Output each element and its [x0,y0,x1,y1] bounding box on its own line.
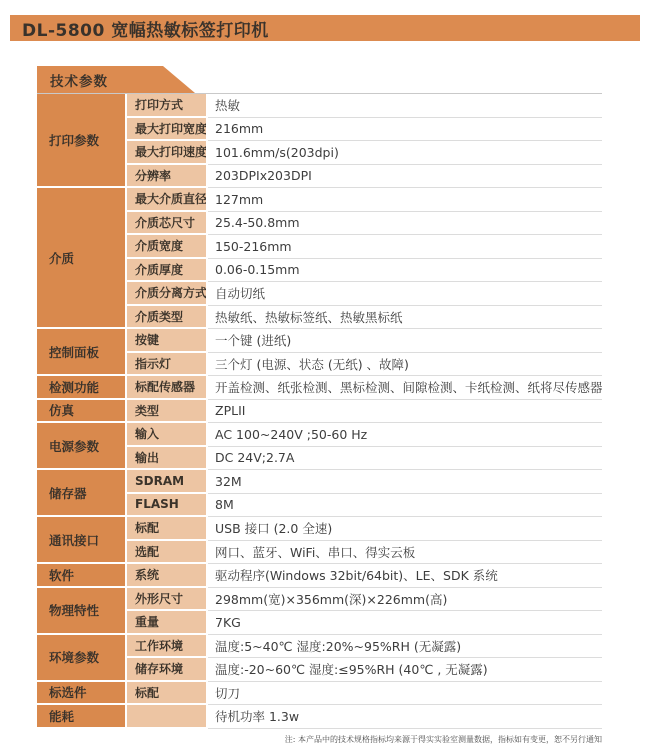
spec-param-cell: 介质分离方式 [127,282,206,306]
spec-param-cell: SDRAM [127,470,206,494]
spec-param-cell: 指示灯 [127,353,206,377]
spec-param-cell: FLASH [127,494,206,518]
spec-param-cell: 工作环境 [127,635,206,659]
spec-value-cell: 待机功率 1.3w [208,705,602,729]
spec-param-cell: 标配传感器 [127,376,206,400]
spec-category-cell: 环境参数 [37,635,125,682]
spec-value-cell: 7KG [208,611,602,635]
spec-param-cell: 介质厚度 [127,259,206,283]
spec-value-cell: AC 100~240V ;50-60 Hz [208,423,602,447]
spec-param-cell: 标配 [127,682,206,706]
spec-category-cell: 打印参数 [37,94,125,188]
spec-param-cell: 打印方式 [127,94,206,118]
spec-value-cell: 网口、蓝牙、WiFi、串口、得实云板 [208,541,602,565]
spec-param-cell: 标配 [127,517,206,541]
spec-param-cell: 介质类型 [127,306,206,330]
spec-category-cell: 通讯接口 [37,517,125,564]
spec-param-cell: 介质芯尺寸 [127,212,206,236]
spec-category-cell: 物理特性 [37,588,125,635]
spec-param-cell: 系统 [127,564,206,588]
section-tab-tech-specs: 技术参数 [37,66,195,93]
section-tab-label: 技术参数 [37,70,108,90]
spec-param-cell: 按键 [127,329,206,353]
spec-param-cell: 外形尺寸 [127,588,206,612]
spec-category-cell: 标选件 [37,682,125,706]
spec-param-cell: 重量 [127,611,206,635]
spec-category-cell: 储存器 [37,470,125,517]
spec-value-cell: 25.4-50.8mm [208,212,602,236]
spec-value-cell: 温度:5~40℃ 湿度:20%~95%RH (无凝露) [208,635,602,659]
spec-value-cell: 216mm [208,118,602,142]
spec-param-cell: 最大打印宽度 [127,118,206,142]
spec-value-cell: 8M [208,494,602,518]
spec-category-cell: 检测功能 [37,376,125,400]
spec-value-cell: 32M [208,470,602,494]
spec-value-cell: 热敏纸、热敏标签纸、热敏黑标纸 [208,306,602,330]
spec-param-cell: 输出 [127,447,206,471]
spec-value-cell: 开盖检测、纸张检测、黑标检测、间隙检测、卡纸检测、纸将尽传感器 [208,376,602,400]
spec-value-cell: 203DPIx203DPI [208,165,602,189]
spec-param-cell: 分辨率 [127,165,206,189]
spec-param-cell: 选配 [127,541,206,565]
spec-value-cell: 温度:-20~60℃ 湿度:≤95%RH (40℃ , 无凝露) [208,658,602,682]
spec-value-cell: 自动切纸 [208,282,602,306]
spec-param-cell: 类型 [127,400,206,424]
spec-value-cell: 三个灯 (电源、状态 (无纸) 、故障) [208,353,602,377]
spec-value-cell: 热敏 [208,94,602,118]
spec-value-cell: 一个键 (进纸) [208,329,602,353]
spec-value-cell: DC 24V;2.7A [208,447,602,471]
spec-param-cell [127,705,206,729]
spec-param-cell: 最大打印速度 [127,141,206,165]
spec-category-cell: 能耗 [37,705,125,729]
spec-value-cell: 0.06-0.15mm [208,259,602,283]
spec-value-cell: 298mm(宽)×356mm(深)×226mm(高) [208,588,602,612]
spec-value-cell: 101.6mm/s(203dpi) [208,141,602,165]
spec-param-cell: 储存环境 [127,658,206,682]
spec-category-cell: 电源参数 [37,423,125,470]
spec-param-cell: 介质宽度 [127,235,206,259]
spec-table: 打印参数打印方式热敏最大打印宽度216mm最大打印速度101.6mm/s(203… [37,93,602,729]
spec-category-cell: 仿真 [37,400,125,424]
product-title: DL-5800 宽幅热敏标签打印机 [10,16,269,41]
product-title-bar: DL-5800 宽幅热敏标签打印机 [10,15,640,41]
spec-value-cell: USB 接口 (2.0 全速) [208,517,602,541]
spec-value-cell: 150-216mm [208,235,602,259]
spec-value-cell: ZPLII [208,400,602,424]
spec-category-cell: 控制面板 [37,329,125,376]
spec-param-cell: 输入 [127,423,206,447]
spec-param-cell: 最大介质直径 [127,188,206,212]
spec-value-cell: 驱动程序(Windows 32bit/64bit)、LE、SDK 系统 [208,564,602,588]
spec-category-cell: 软件 [37,564,125,588]
footer-disclaimer: 注: 本产品中的技术规格指标均来源于得实实验室测量数据，指标如有变更，恕不另行通… [285,734,602,745]
spec-category-cell: 介质 [37,188,125,329]
spec-value-cell: 127mm [208,188,602,212]
spec-value-cell: 切刀 [208,682,602,706]
